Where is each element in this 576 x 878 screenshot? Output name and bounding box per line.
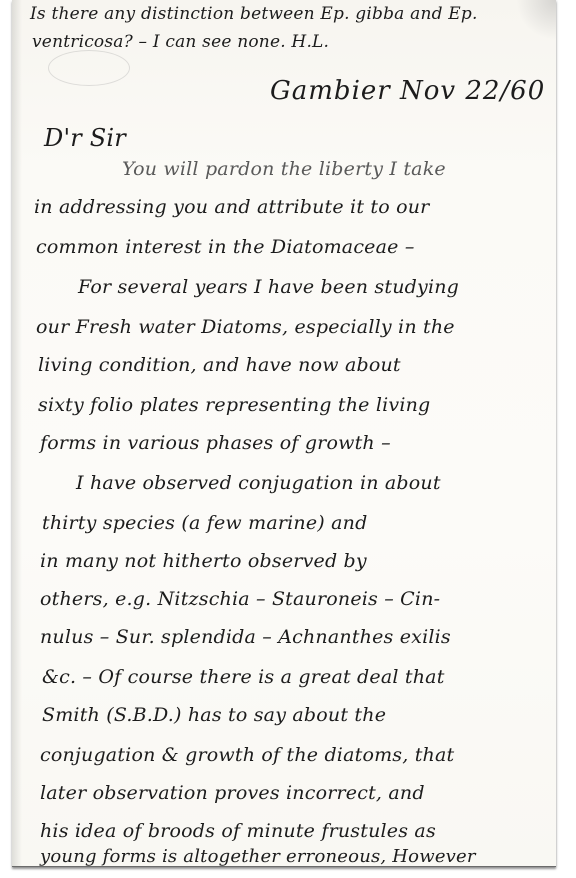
body-line: in many not hitherto observed by [40, 550, 367, 572]
body-line: You will pardon the liberty I take [122, 158, 446, 180]
postscript-line-2: ventricosa? – I can see none. H.L. [32, 32, 329, 52]
body-line: Smith (S.B.D.) has to say about the [42, 704, 386, 726]
letter-dateline: Gambier Nov 22/60 [270, 76, 545, 106]
body-line: sixty folio plates representing the livi… [38, 394, 430, 416]
body-line: nulus – Sur. splendida – Achnanthes exil… [40, 626, 451, 648]
body-line: forms in various phases of growth – [40, 432, 391, 454]
body-line: living condition, and have now about [38, 354, 401, 376]
letter-salutation: D'r Sir [44, 124, 126, 152]
postscript-line-1: Is there any distinction between Ep. gib… [30, 4, 478, 24]
body-line: in addressing you and attribute it to ou… [34, 196, 429, 218]
body-line: For several years I have been studying [78, 276, 459, 298]
body-line: later observation proves incorrect, and [40, 782, 425, 804]
body-line: &c. – Of course there is a great deal th… [42, 666, 445, 688]
body-line: his idea of broods of minute frustules a… [40, 820, 436, 842]
body-line: others, e.g. Nitzschia – Stauroneis – Ci… [40, 588, 440, 610]
body-line: thirty species (a few marine) and [42, 512, 367, 534]
body-line: our Fresh water Diatoms, especially in t… [36, 316, 455, 338]
body-line: young forms is altogether erroneous, How… [40, 846, 476, 867]
faded-stamp [48, 50, 130, 86]
body-line: I have observed conjugation in about [76, 472, 441, 494]
body-line: conjugation & growth of the diatoms, tha… [40, 744, 454, 766]
body-line: common interest in the Diatomaceae – [36, 236, 415, 258]
